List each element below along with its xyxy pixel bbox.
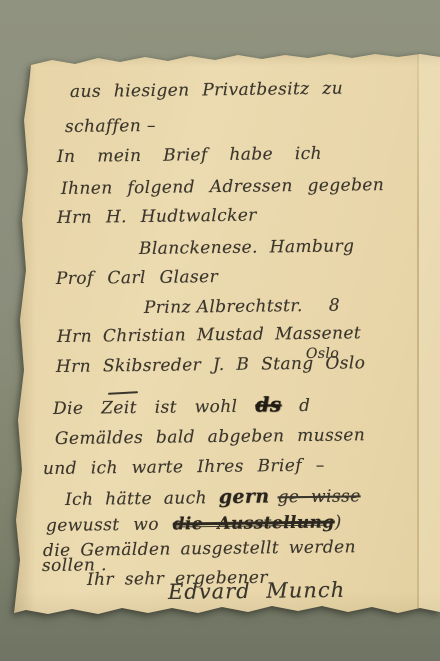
crossed-out-words: ge wisse <box>277 486 360 507</box>
signature: Edvard Munch <box>168 580 345 602</box>
handwriting-line: aus hiesigen Privatbesitz zu <box>70 79 343 102</box>
text-segment: schaffen – <box>65 116 156 137</box>
text-segment: Hrn H. Hudtwalcker <box>57 206 257 228</box>
address-line: Prof Carl Glaser <box>56 267 218 289</box>
text-segment: Die Zeit ist wohl <box>53 397 255 419</box>
address-line: Hrn Skibsreder J. B Stang Oslo <box>56 353 366 377</box>
handwriting-line: gewusst wo die Ausstellung) <box>46 512 342 536</box>
text-segment: gewusst wo <box>46 514 173 536</box>
address-line: Prinz Albrechtstr.8 <box>144 296 340 318</box>
text-segment: Gemäldes bald abgeben mussen <box>55 425 365 449</box>
photo-background: aus hiesigen Privatbesitz zu schaffen – … <box>0 0 440 661</box>
handwriting-line: Ihnen folgend Adressen gegeben <box>61 175 384 199</box>
text-segment: Ich hätte auch <box>65 488 219 510</box>
signature-name: Edvard Munch <box>168 578 345 604</box>
handwriting-line: Ich hätte auch gernge wisse <box>65 485 361 510</box>
handwriting-line: Gemäldes bald abgeben mussen <box>55 425 365 449</box>
text-segment: In mein Brief habe ich <box>57 144 322 167</box>
stray-ink-mark <box>108 391 138 395</box>
text-segment: Ihnen folgend Adressen gegeben <box>61 175 384 199</box>
address-line: Hrn H. Hudtwalcker <box>57 206 257 228</box>
crossed-out-word: ds <box>255 392 281 416</box>
handwriting-layer: aus hiesigen Privatbesitz zu schaffen – … <box>0 0 440 661</box>
address-line: Blanckenese. Hamburg <box>139 236 355 259</box>
emphasized-word: gern <box>219 486 270 509</box>
text-segment: Prof Carl Glaser <box>56 267 218 289</box>
text-segment: Hrn Skibsreder J. B Stang Oslo <box>56 353 366 377</box>
handwriting-line: Die Zeit ist wohl ds d <box>53 394 311 419</box>
handwriting-line: und ich warte Ihres Brief – <box>43 456 325 479</box>
text-segment: d <box>281 396 310 416</box>
crossed-out-words: die Ausstellung <box>173 512 335 534</box>
text-segment: Blanckenese. Hamburg <box>139 236 355 259</box>
text-segment: ) <box>335 512 342 532</box>
text-segment: Prinz Albrechtstr. <box>144 296 303 318</box>
text-segment: aus hiesigen Privatbesitz zu <box>70 79 343 102</box>
house-number: 8 <box>329 296 340 316</box>
handwriting-line: schaffen – <box>65 116 156 137</box>
handwriting-line: In mein Brief habe ich <box>57 144 322 167</box>
text-segment: und ich warte Ihres Brief – <box>43 456 325 479</box>
